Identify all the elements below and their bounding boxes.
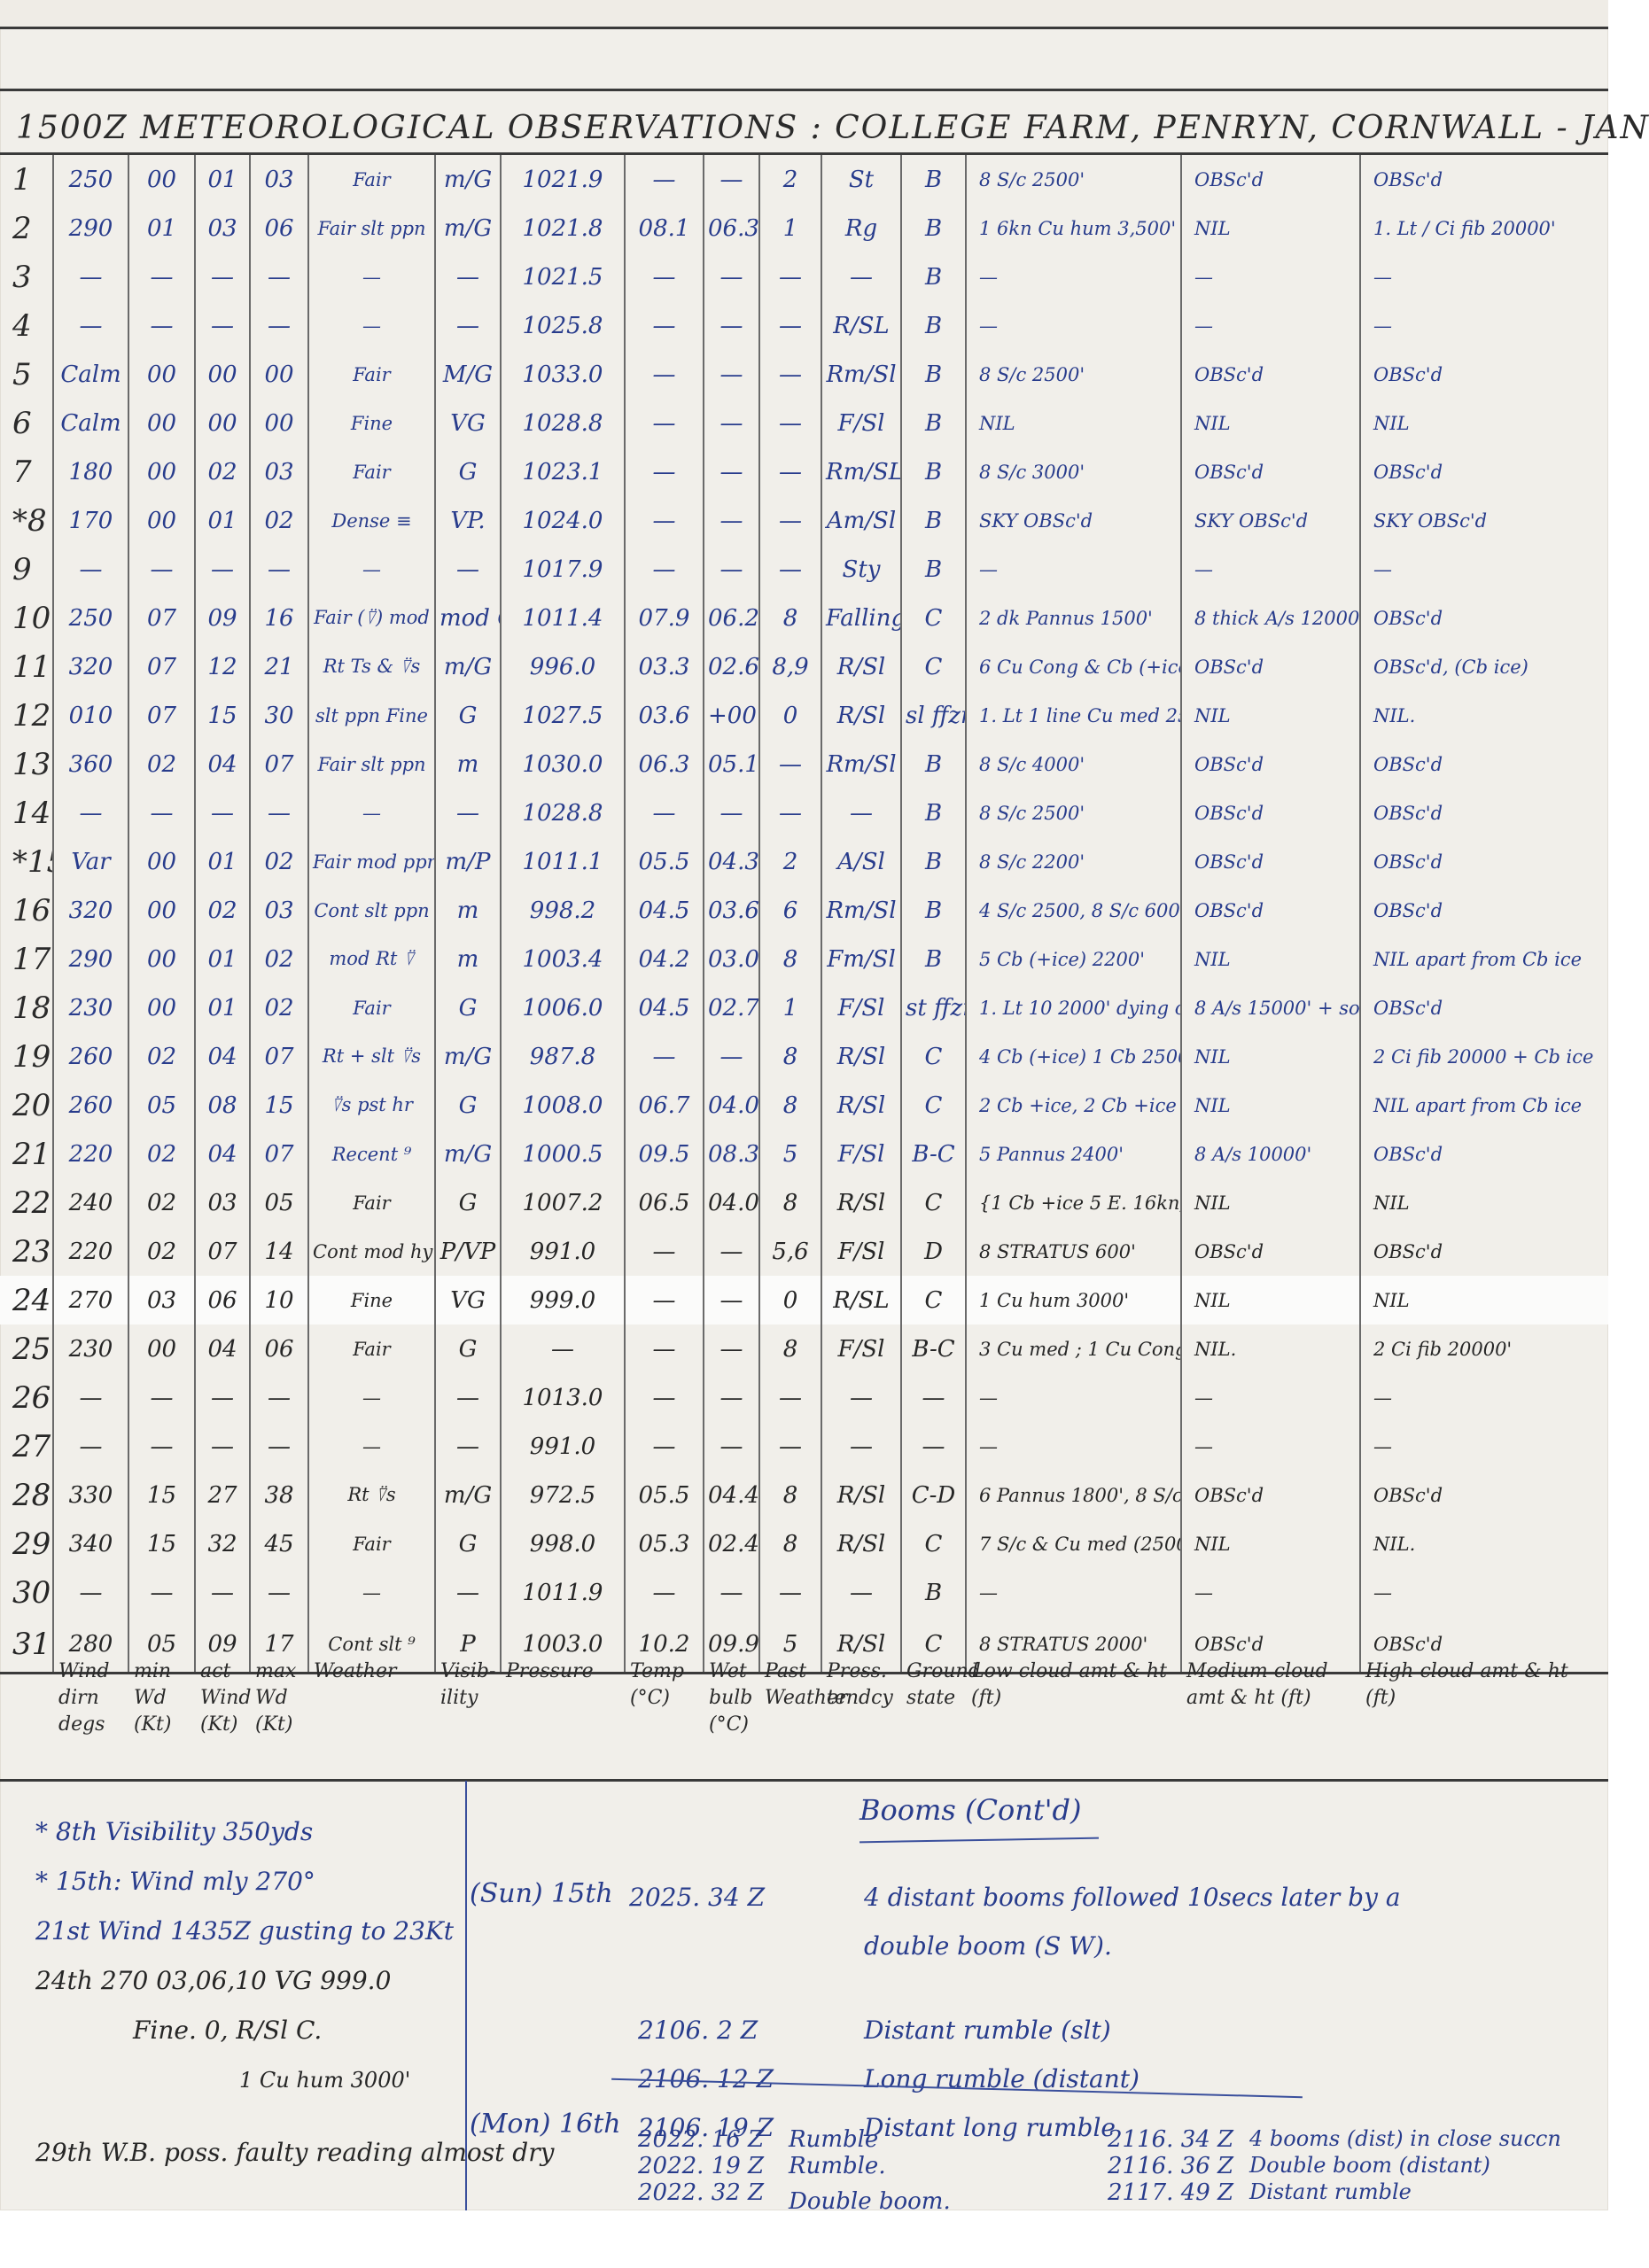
boom-time: 2022. 19 Z [638,2153,764,2179]
wet-bulb: — [704,1324,759,1373]
max-wind: 10 [250,1276,308,1324]
weather: — [308,1568,435,1617]
medium-cloud: NIL [1181,1276,1360,1324]
pressure-tendency: Rm/SL [821,447,901,496]
day-number: 24 [0,1276,53,1324]
pressure: 991.0 [501,1422,625,1471]
ground-state: B [901,399,966,447]
temperature: — [625,496,704,545]
medium-cloud: — [1181,252,1360,301]
max-wind: 03 [250,447,308,496]
day-number: 30 [0,1568,53,1617]
temperature: 09.5 [625,1130,704,1178]
table-row: 4——————1025.8———R/SLB——— [0,301,1608,350]
column-header: Ground state [901,1646,966,1779]
max-wind: 21 [250,642,308,691]
min-wind: 02 [128,1178,195,1227]
min-wind: 00 [128,1324,195,1373]
low-cloud: 8 S/c 3000' [966,447,1181,496]
pressure-tendency: Rm/Sl [821,740,901,788]
temperature: 04.5 [625,886,704,935]
max-wind: 16 [250,594,308,642]
wind-direction: 270 [53,1276,128,1324]
wind-direction: 220 [53,1130,128,1178]
wet-bulb: — [704,350,759,399]
visibility: P/VP [435,1227,501,1276]
max-wind: 05 [250,1178,308,1227]
low-cloud: — [966,301,1181,350]
ground-state: B [901,788,966,837]
boom-description: Distant rumble (slt) [864,2016,1111,2045]
pressure: 1000.5 [501,1130,625,1178]
boom-time: 2106. 2 Z [638,2016,758,2045]
ground-state: sl ffzn [901,691,966,740]
pressure: — [501,1324,625,1373]
wind-direction: 290 [53,204,128,252]
day-number: 19 [0,1032,53,1081]
medium-cloud: OBSc'd [1181,1227,1360,1276]
day-label-sun: (Sun) 15th [470,1878,613,1909]
min-wind: — [128,1373,195,1422]
wet-bulb: — [704,1032,759,1081]
visibility: m/G [435,642,501,691]
max-wind: 14 [250,1227,308,1276]
pressure: 1011.1 [501,837,625,886]
actual-wind: 04 [195,740,250,788]
footnote: 1 Cu hum 3000' [35,2055,461,2105]
high-cloud: SKY OBSc'd [1360,496,1608,545]
medium-cloud: 8 A/s 15000' + some Ac undulatus [1181,983,1360,1032]
low-cloud: 8 S/c 2200' [966,837,1181,886]
temperature: — [625,301,704,350]
pressure-tendency: — [821,1373,901,1422]
pressure-tendency: F/Sl [821,1227,901,1276]
day-number: 3 [0,252,53,301]
temperature: — [625,252,704,301]
wind-direction: — [53,545,128,594]
weather: Fair [308,447,435,496]
weather: Fair slt ppn [308,740,435,788]
table-row: *8170000102Dense ≡VP.1024.0———Am/SlBSKY … [0,496,1608,545]
wet-bulb: — [704,1373,759,1422]
wet-bulb: — [704,1568,759,1617]
day-number: 16 [0,886,53,935]
actual-wind: 02 [195,886,250,935]
visibility: G [435,1324,501,1373]
high-cloud: OBSc'd, (Cb ice) [1360,642,1608,691]
low-cloud: 3 Cu med ; 1 Cu Cong 2500' [966,1324,1181,1373]
table-row: 20260050815⍢s pst hrG1008.006.704.08R/Sl… [0,1081,1608,1130]
visibility: — [435,1568,501,1617]
day-number: 9 [0,545,53,594]
wind-direction: 250 [53,155,128,204]
high-cloud: OBSc'd [1360,886,1608,935]
low-cloud: — [966,1373,1181,1422]
max-wind: 07 [250,1130,308,1178]
medium-cloud: — [1181,1422,1360,1471]
wet-bulb: 02.4 [704,1519,759,1568]
min-wind: 05 [128,1081,195,1130]
actual-wind: 03 [195,1178,250,1227]
pressure-tendency: Sty [821,545,901,594]
visibility: G [435,1519,501,1568]
max-wind: 03 [250,886,308,935]
table-row: 1250000103Fairm/G1021.9——2StB8 S/c 2500'… [0,155,1608,204]
actual-wind: — [195,301,250,350]
wind-direction: — [53,301,128,350]
wind-direction: — [53,252,128,301]
actual-wind: 00 [195,350,250,399]
max-wind: — [250,545,308,594]
high-cloud: — [1360,252,1608,301]
pressure-tendency: — [821,1422,901,1471]
day-number: 22 [0,1178,53,1227]
past-weather: 8 [759,1519,821,1568]
wind-direction: Var [53,837,128,886]
wet-bulb: — [704,496,759,545]
pressure-tendency: R/Sl [821,691,901,740]
past-weather: 8 [759,935,821,983]
low-cloud: 1 6kn Cu hum 3,500' [966,204,1181,252]
wind-direction: Calm [53,350,128,399]
max-wind: 02 [250,837,308,886]
medium-cloud: NIL [1181,1032,1360,1081]
day-number: 23 [0,1227,53,1276]
day-number: 18 [0,983,53,1032]
max-wind: 00 [250,399,308,447]
table-row: 21220020407Recent ⁹m/G1000.509.508.35F/S… [0,1130,1608,1178]
pressure: 996.0 [501,642,625,691]
high-cloud: NIL [1360,1276,1608,1324]
max-wind: — [250,788,308,837]
past-weather: — [759,788,821,837]
wind-direction: — [53,1422,128,1471]
temperature: — [625,545,704,594]
weather: ⍢s pst hr [308,1081,435,1130]
wet-bulb: — [704,399,759,447]
wind-direction: 340 [53,1519,128,1568]
column-header: act Wind (Kt) [195,1646,250,1779]
high-cloud: NIL [1360,1178,1608,1227]
min-wind: 07 [128,642,195,691]
temperature: — [625,788,704,837]
pressure: 1006.0 [501,983,625,1032]
actual-wind: — [195,1422,250,1471]
wind-direction: 320 [53,642,128,691]
wet-bulb: — [704,1227,759,1276]
min-wind: — [128,1568,195,1617]
low-cloud: 4 Cb (+ice) 1 Cb 2500 (+ice) [966,1032,1181,1081]
pressure-tendency: — [821,1568,901,1617]
ground-state: C [901,594,966,642]
high-cloud: 2 Ci fib 20000 + Cb ice [1360,1032,1608,1081]
pressure: 1011.4 [501,594,625,642]
column-header: Press. tendcy [821,1646,901,1779]
low-cloud: 2 Cb +ice, 2 Cb +ice 1 Cb (no ice) [966,1081,1181,1130]
medium-cloud: NIL [1181,1519,1360,1568]
past-weather: — [759,1373,821,1422]
table-row: 17290000102mod Rt ⍢m1003.404.203.08Fm/Sl… [0,935,1608,983]
weather: Fair [308,1178,435,1227]
temperature: 06.5 [625,1178,704,1227]
wind-direction: 170 [53,496,128,545]
ground-state: B [901,545,966,594]
column-headers: Wind dirn degsmin Wd (Kt)act Wind (Kt)ma… [0,1646,1608,1782]
high-cloud: NIL. [1360,1519,1608,1568]
ground-state: B [901,935,966,983]
max-wind: — [250,1373,308,1422]
weather: slt ppn Fine [308,691,435,740]
weather: Fair [308,1324,435,1373]
pressure-tendency: R/Sl [821,1471,901,1519]
table-row: 30——————1011.9————B——— [0,1568,1608,1617]
column-header: Temp (°C) [625,1646,704,1779]
medium-cloud: OBSc'd [1181,837,1360,886]
actual-wind: 27 [195,1471,250,1519]
high-cloud: — [1360,1568,1608,1617]
wet-bulb: 06.3 [704,204,759,252]
actual-wind: 15 [195,691,250,740]
day-number: 27 [0,1422,53,1471]
high-cloud: OBSc'd [1360,788,1608,837]
wind-direction: — [53,1373,128,1422]
medium-cloud: NIL [1181,691,1360,740]
day-label-mon: (Mon) 16th [470,2109,621,2140]
low-cloud: — [966,1422,1181,1471]
pressure: 998.0 [501,1519,625,1568]
high-cloud: OBSc'd [1360,447,1608,496]
high-cloud: NIL [1360,399,1608,447]
temperature: — [625,1032,704,1081]
actual-wind: 04 [195,1324,250,1373]
ground-state: C [901,642,966,691]
ground-state: B [901,886,966,935]
visibility: mod G [435,594,501,642]
wind-direction: Calm [53,399,128,447]
medium-cloud: OBSc'd [1181,642,1360,691]
boom-time: 2022. 32 Z [638,2179,764,2206]
heading-underline [860,1837,1099,1844]
column-header: Wet bulb (°C) [704,1646,759,1779]
pressure: 1023.1 [501,447,625,496]
boom-description: Distant rumble [1249,2179,1412,2204]
actual-wind: 00 [195,399,250,447]
pressure-tendency: F/Sl [821,1324,901,1373]
actual-wind: — [195,545,250,594]
past-weather: — [759,252,821,301]
top-edge [0,0,1608,29]
max-wind: — [250,1568,308,1617]
ground-state: C [901,1519,966,1568]
temperature: — [625,1373,704,1422]
max-wind: 02 [250,935,308,983]
wet-bulb: — [704,301,759,350]
weather: — [308,301,435,350]
footnote: Fine. 0, R/Sl C. [35,2006,461,2055]
temperature: 04.5 [625,983,704,1032]
ground-state: B-C [901,1324,966,1373]
day-number: 20 [0,1081,53,1130]
medium-cloud: NIL [1181,1178,1360,1227]
day-number: *8 [0,496,53,545]
min-wind: 02 [128,1130,195,1178]
actual-wind: 06 [195,1276,250,1324]
boom-time: 2116. 34 Z [1108,2126,1233,2153]
wind-direction: 290 [53,935,128,983]
low-cloud: 4 S/c 2500, 8 S/c 6000' [966,886,1181,935]
visibility: m [435,740,501,788]
min-wind: 15 [128,1471,195,1519]
low-cloud: 8 S/c 4000' [966,740,1181,788]
min-wind: 01 [128,204,195,252]
low-cloud: 1. Lt 1 line Cu med 2500' N-WNW [966,691,1181,740]
notes-divider [465,1781,467,2210]
pressure-tendency: R/Sl [821,1178,901,1227]
column-header: min Wd (Kt) [128,1646,195,1779]
table-row: 10250070916Fair (⍢) modmod G1011.407.906… [0,594,1608,642]
weather: Recent ⁹ [308,1130,435,1178]
wet-bulb: 04.0 [704,1178,759,1227]
visibility: VG [435,399,501,447]
high-cloud: OBSc'd [1360,837,1608,886]
medium-cloud: 8 thick A/s 12000' [1181,594,1360,642]
pressure: 1021.9 [501,155,625,204]
ground-state: B [901,447,966,496]
table-row: 29340153245FairG998.005.302.48R/SlC7 S/c… [0,1519,1608,1568]
boom-time: 2116. 36 Z [1108,2153,1233,2179]
boom-description: Rumble. [789,2153,886,2179]
actual-wind: — [195,1373,250,1422]
day-number: 2 [0,204,53,252]
pressure: 1033.0 [501,350,625,399]
visibility: m/G [435,1130,501,1178]
medium-cloud: — [1181,1568,1360,1617]
visibility: — [435,1422,501,1471]
ground-state: — [901,1422,966,1471]
table-row: 16320000203Cont slt ppnm998.204.503.66Rm… [0,886,1608,935]
weather: — [308,1373,435,1422]
min-wind: 00 [128,886,195,935]
pressure-tendency: A/Sl [821,837,901,886]
min-wind: 07 [128,594,195,642]
high-cloud: NIL apart from Cb ice [1360,1081,1608,1130]
wet-bulb: — [704,252,759,301]
pressure: 1021.5 [501,252,625,301]
medium-cloud: — [1181,301,1360,350]
wet-bulb: — [704,155,759,204]
max-wind: 45 [250,1519,308,1568]
footnote: 21st Wind 1435Z gusting to 23Kt [35,1907,461,1956]
visibility: m [435,935,501,983]
past-weather: — [759,1422,821,1471]
table-row: 3——————1021.5————B——— [0,252,1608,301]
visibility: m/G [435,1471,501,1519]
medium-cloud: — [1181,545,1360,594]
past-weather: — [759,1568,821,1617]
pressure-tendency: — [821,252,901,301]
weather: Cont slt ppn [308,886,435,935]
table-row: 28330152738Rt ⍢sm/G972.505.504.48R/SlC-D… [0,1471,1608,1519]
temperature: 06.3 [625,740,704,788]
column-header: Past Weather [759,1646,821,1779]
wind-direction: 220 [53,1227,128,1276]
ground-state: D [901,1227,966,1276]
visibility: G [435,1178,501,1227]
past-weather: 2 [759,837,821,886]
day-number: 29 [0,1519,53,1568]
past-weather: 6 [759,886,821,935]
ground-state: st ffzn B-C [901,983,966,1032]
visibility: VG [435,1276,501,1324]
day-number: 25 [0,1324,53,1373]
min-wind: 15 [128,1519,195,1568]
column-header: Low cloud amt & ht (ft) [966,1646,1181,1779]
weather: Fair [308,1519,435,1568]
temperature: — [625,1568,704,1617]
ground-state: B [901,350,966,399]
boom-time: 2117. 49 Z [1108,2179,1233,2206]
min-wind: 00 [128,155,195,204]
column-header: High cloud amt & ht (ft) [1360,1646,1608,1779]
high-cloud: NIL. [1360,691,1608,740]
table-row: 14——————1028.8————B8 S/c 2500'OBSc'dOBSc… [0,788,1608,837]
visibility: m/G [435,155,501,204]
high-cloud: — [1360,545,1608,594]
boom-description: 4 booms (dist) in close succn [1249,2126,1561,2151]
medium-cloud: NIL. [1181,1324,1360,1373]
wet-bulb: — [704,447,759,496]
pressure-tendency: F/Sl [821,1130,901,1178]
pressure-tendency: Am/Sl [821,496,901,545]
weather: — [308,252,435,301]
pressure: 1008.0 [501,1081,625,1130]
weather: mod Rt ⍢ [308,935,435,983]
max-wind: — [250,1422,308,1471]
day-number: 10 [0,594,53,642]
wet-bulb: 03.6 [704,886,759,935]
visibility: m/G [435,204,501,252]
wet-bulb: — [704,545,759,594]
high-cloud: NIL apart from Cb ice [1360,935,1608,983]
wind-direction: 010 [53,691,128,740]
day-number: 11 [0,642,53,691]
ground-state: B [901,837,966,886]
pressure-tendency: R/Sl [821,1081,901,1130]
wet-bulb: — [704,1422,759,1471]
weather: Fair mod ppn [308,837,435,886]
pressure-tendency: Falling [821,594,901,642]
actual-wind: 08 [195,1081,250,1130]
high-cloud: 1. Lt / Ci fib 20000' [1360,204,1608,252]
medium-cloud: OBSc'd [1181,447,1360,496]
temperature: 03.6 [625,691,704,740]
weather: Rt ⍢s [308,1471,435,1519]
max-wind: 07 [250,1032,308,1081]
wet-bulb: 05.1 [704,740,759,788]
pressure-tendency: Rg [821,204,901,252]
past-weather: 1 [759,983,821,1032]
visibility: m [435,886,501,935]
medium-cloud: NIL [1181,204,1360,252]
min-wind: 02 [128,740,195,788]
visibility: G [435,983,501,1032]
temperature: — [625,1422,704,1471]
min-wind: — [128,301,195,350]
high-cloud: OBSc'd [1360,1130,1608,1178]
footnote: 24th 270 03,06,10 VG 999.0 [35,1956,461,2006]
wet-bulb: — [704,788,759,837]
temperature: — [625,350,704,399]
